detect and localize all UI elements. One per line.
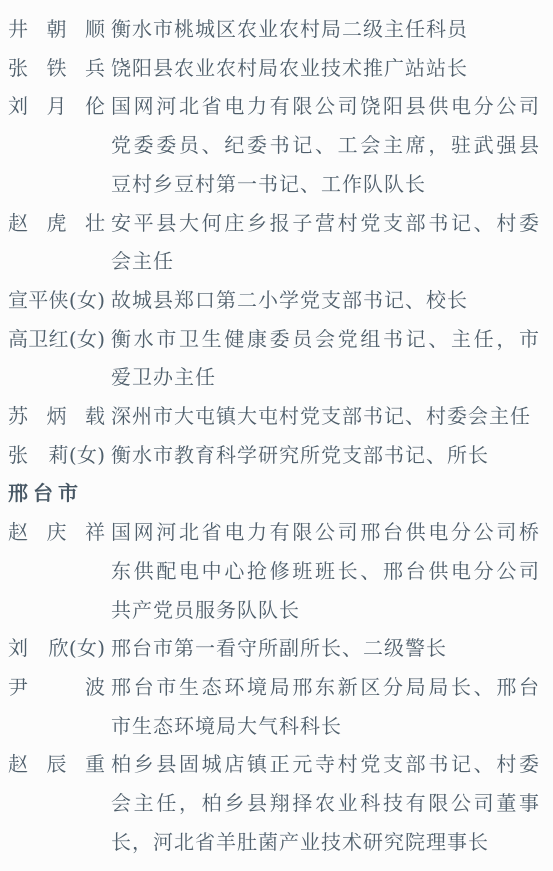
entry-row: 高卫红(女) 衡水市卫生健康委员会党组书记、主任，市 爱卫办主任 xyxy=(8,320,553,397)
title-line: 故城县郑口第二小学党支部书记、校长 xyxy=(111,281,539,320)
person-title: 邢台市生态环境局邢东新区分局局长、邢台 市生态环境局大气科科长 xyxy=(111,668,539,745)
title-line: 衡水市桃城区农业农村局二级主任科员 xyxy=(111,10,539,49)
person-title: 国网河北省电力有限公司邢台供电分公司桥 东供配电中心抢修班班长、邢台供电分公司 … xyxy=(111,513,539,629)
person-title: 衡水市卫生健康委员会党组书记、主任，市 爱卫办主任 xyxy=(111,320,539,397)
title-line: 市生态环境局大气科科长 xyxy=(111,707,539,746)
person-title: 柏乡县固城店镇正元寺村党支部书记、村委 会主任，柏乡县翔择农业科技有限公司董事 … xyxy=(111,745,539,861)
title-line: 会主任 xyxy=(111,242,539,281)
title-line: 党委委员、纪委书记、工会主席，驻武强县 xyxy=(111,126,539,165)
entry-row: 赵庆祥 国网河北省电力有限公司邢台供电分公司桥 东供配电中心抢修班班长、邢台供电… xyxy=(8,513,553,629)
person-name: 井朝顺 xyxy=(8,10,105,49)
entry-row: 尹 波 邢台市生态环境局邢东新区分局局长、邢台 市生态环境局大气科科长 xyxy=(8,668,553,745)
title-line: 安平县大何庄乡报子营村党支部书记、村委 xyxy=(111,204,539,243)
person-name: 苏炳载 xyxy=(8,397,105,436)
title-line: 国网河北省电力有限公司饶阳县供电分公司 xyxy=(111,87,539,126)
person-title: 衡水市教育科学研究所党支部书记、所长 xyxy=(111,436,539,475)
document-page: 井朝顺 衡水市桃城区农业农村局二级主任科员 张铁兵 饶阳县农业农村局农业技术推广… xyxy=(0,0,553,871)
entry-row: 刘 欣(女) 邢台市第一看守所副所长、二级警长 xyxy=(8,629,553,668)
title-line: 衡水市卫生健康委员会党组书记、主任，市 xyxy=(111,320,539,359)
title-line: 深州市大屯镇大屯村党支部书记、村委会主任 xyxy=(111,397,539,436)
person-name: 赵辰重 xyxy=(8,745,105,784)
person-name: 尹 波 xyxy=(8,668,105,707)
entry-row: 张铁兵 饶阳县农业农村局农业技术推广站站长 xyxy=(8,49,553,88)
person-title: 邢台市第一看守所副所长、二级警长 xyxy=(111,629,539,668)
person-title: 国网河北省电力有限公司饶阳县供电分公司 党委委员、纪委书记、工会主席，驻武强县 … xyxy=(111,87,539,203)
entry-row: 张 莉(女) 衡水市教育科学研究所党支部书记、所长 xyxy=(8,436,553,475)
person-title: 故城县郑口第二小学党支部书记、校长 xyxy=(111,281,539,320)
person-name: 赵庆祥 xyxy=(8,513,105,552)
entry-row: 赵辰重 柏乡县固城店镇正元寺村党支部书记、村委 会主任，柏乡县翔择农业科技有限公… xyxy=(8,745,553,861)
title-line: 国网河北省电力有限公司邢台供电分公司桥 xyxy=(111,513,539,552)
person-title: 深州市大屯镇大屯村党支部书记、村委会主任 xyxy=(111,397,539,436)
title-line: 饶阳县农业农村局农业技术推广站站长 xyxy=(111,49,539,88)
person-name: 张 莉(女) xyxy=(8,436,105,475)
person-name: 刘月伦 xyxy=(8,87,105,126)
title-line: 柏乡县固城店镇正元寺村党支部书记、村委 xyxy=(111,745,539,784)
person-title: 饶阳县农业农村局农业技术推广站站长 xyxy=(111,49,539,88)
title-line: 邢台市第一看守所副所长、二级警长 xyxy=(111,629,539,668)
title-line: 邢台市生态环境局邢东新区分局局长、邢台 xyxy=(111,668,539,707)
person-name: 张铁兵 xyxy=(8,49,105,88)
title-line: 会主任，柏乡县翔择农业科技有限公司董事 xyxy=(111,784,539,823)
entry-row: 苏炳载 深州市大屯镇大屯村党支部书记、村委会主任 xyxy=(8,397,553,436)
entry-row: 刘月伦 国网河北省电力有限公司饶阳县供电分公司 党委委员、纪委书记、工会主席，驻… xyxy=(8,87,553,203)
person-name: 宣平侠(女) xyxy=(8,281,105,320)
title-line: 长，河北省羊肚菌产业技术研究院理事长 xyxy=(111,823,539,862)
person-name: 赵虎壮 xyxy=(8,204,105,243)
section-heading-xingtai: 邢台市 xyxy=(8,474,553,513)
title-line: 爱卫办主任 xyxy=(111,358,539,397)
title-line: 豆村乡豆村第一书记、工作队队长 xyxy=(111,165,539,204)
person-name: 刘 欣(女) xyxy=(8,629,105,668)
entry-row: 赵虎壮 安平县大何庄乡报子营村党支部书记、村委 会主任 xyxy=(8,204,553,281)
entry-row: 宣平侠(女) 故城县郑口第二小学党支部书记、校长 xyxy=(8,281,553,320)
person-title: 衡水市桃城区农业农村局二级主任科员 xyxy=(111,10,539,49)
person-name: 高卫红(女) xyxy=(8,320,105,359)
title-line: 共产党员服务队队长 xyxy=(111,591,539,630)
entry-row: 井朝顺 衡水市桃城区农业农村局二级主任科员 xyxy=(8,10,553,49)
title-line: 东供配电中心抢修班班长、邢台供电分公司 xyxy=(111,552,539,591)
person-title: 安平县大何庄乡报子营村党支部书记、村委 会主任 xyxy=(111,204,539,281)
title-line: 衡水市教育科学研究所党支部书记、所长 xyxy=(111,436,539,475)
